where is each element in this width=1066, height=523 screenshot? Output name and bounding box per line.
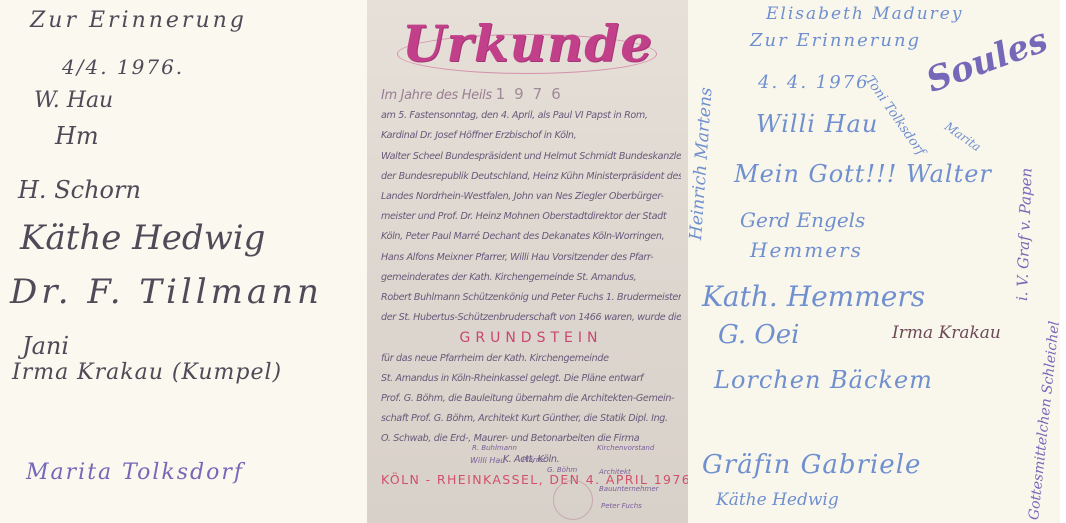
signature: Dr. F. Tillmann xyxy=(10,272,323,312)
document-line: Prof. G. Böhm, die Bauleitung übernahm d… xyxy=(381,389,681,409)
document-line: Hans Alfons Meixner Pfarrer, Willi Hau V… xyxy=(381,248,681,268)
vertical-signature-right: i. V. Graf v. Papen xyxy=(1013,168,1036,302)
signature: Jani xyxy=(22,332,69,360)
signature: Hm xyxy=(55,122,99,150)
document-line: Kardinal Dr. Josef Höffner Erzbischof in… xyxy=(381,126,681,146)
date-text: 4. 4. 1976 xyxy=(758,72,870,93)
inscription-text: Zur Erinnerung xyxy=(30,8,247,33)
signature: Gräfin Gabriele xyxy=(702,450,921,480)
document-signature: G. Böhm xyxy=(547,466,577,474)
certificate-document: Urkunde Im Jahre des Heils 1976 am 5. Fa… xyxy=(367,0,688,523)
document-body: Im Jahre des Heils 1976 am 5. Fastensonn… xyxy=(381,84,681,490)
signature: H. Schorn xyxy=(18,176,141,204)
signature: Irma Krakau (Kumpel) xyxy=(12,360,282,385)
vertical-signature-left: Heinrich Martens xyxy=(688,87,717,241)
signature: Gerd Engels xyxy=(740,208,865,232)
document-signature: Willi Hau xyxy=(470,456,505,465)
document-line: Robert Buhlmann Schützenkönig und Peter … xyxy=(381,288,681,308)
date-text: 4/4. 1976. xyxy=(62,55,184,79)
signature: Lorchen Bäckem xyxy=(714,366,933,394)
document-signature: Bauunternehmer xyxy=(599,485,659,493)
document-line: St. Amandus in Köln-Rheinkassel gelegt. … xyxy=(381,369,681,389)
signature: Irma Krakau xyxy=(892,323,1001,343)
document-line: der St. Hubertus-Schützenbruderschaft vo… xyxy=(381,308,681,328)
left-signature-page: Zur Erinnerung 4/4. 1976. W. Hau Hm H. S… xyxy=(0,0,367,523)
signature: W. Hau xyxy=(34,88,113,113)
document-line: meister und Prof. Dr. Heinz Mohnen Obers… xyxy=(381,207,681,227)
document-line: Köln, Peter Paul Marré Dechant des Dekan… xyxy=(381,227,681,247)
seal-stamp xyxy=(553,480,593,520)
signature: G. Oei xyxy=(718,320,799,350)
document-line: schaft Prof. G. Böhm, Architekt Kurt Gün… xyxy=(381,409,681,429)
document-year: 1976 xyxy=(496,85,570,103)
intro-line: Im Jahre des Heils 1976 xyxy=(381,84,681,106)
signature: Soules xyxy=(921,20,1053,101)
document-line: am 5. Fastensonntag, den 4. April, als P… xyxy=(381,106,681,126)
document-line: Landes Nordrhein-Westfalen, John van Nes… xyxy=(381,187,681,207)
document-signature: R. Buhlmann xyxy=(472,444,517,452)
document-line: für das neue Pfarrheim der Kath. Kirchen… xyxy=(381,349,681,369)
document-line: der Bundesrepublik Deutschland, Heinz Kü… xyxy=(381,167,681,187)
signature: Käthe Hedwig xyxy=(20,218,265,258)
document-line: gemeinderates der Kath. Kirchengemeinde … xyxy=(381,268,681,288)
intro-prefix: Im Jahre des Heils xyxy=(381,88,492,103)
right-signature-page: Elisabeth Madurey Zur Erinnerung 4. 4. 1… xyxy=(688,0,1066,523)
signature: Marita xyxy=(942,119,984,154)
document-signature: Architekt xyxy=(599,468,631,476)
signature: Käthe Hedwig xyxy=(716,490,839,510)
signature: Marita Tolksdorf xyxy=(26,460,244,485)
document-signature: Peter Fuchs xyxy=(601,502,642,510)
vertical-signature-right-bottom: Gottesmittelchen Schleichel xyxy=(1026,320,1063,521)
signature: Hemmers xyxy=(750,238,863,262)
document-signature: Kirchenvorstand xyxy=(597,444,654,452)
signature: Elisabeth Madurey xyxy=(766,4,963,24)
signature: Kath. Hemmers xyxy=(702,280,925,313)
document-signature: Pfarrer xyxy=(522,456,546,464)
signature: Willi Hau xyxy=(756,110,878,138)
inscription-text: Zur Erinnerung xyxy=(750,30,921,51)
signature: Mein Gott!!! Walter xyxy=(734,160,992,188)
document-title: Urkunde xyxy=(367,14,688,73)
keyword-grundstein: GRUNDSTEIN xyxy=(381,328,681,348)
document-line: Walter Scheel Bundespräsident und Helmut… xyxy=(381,147,681,167)
